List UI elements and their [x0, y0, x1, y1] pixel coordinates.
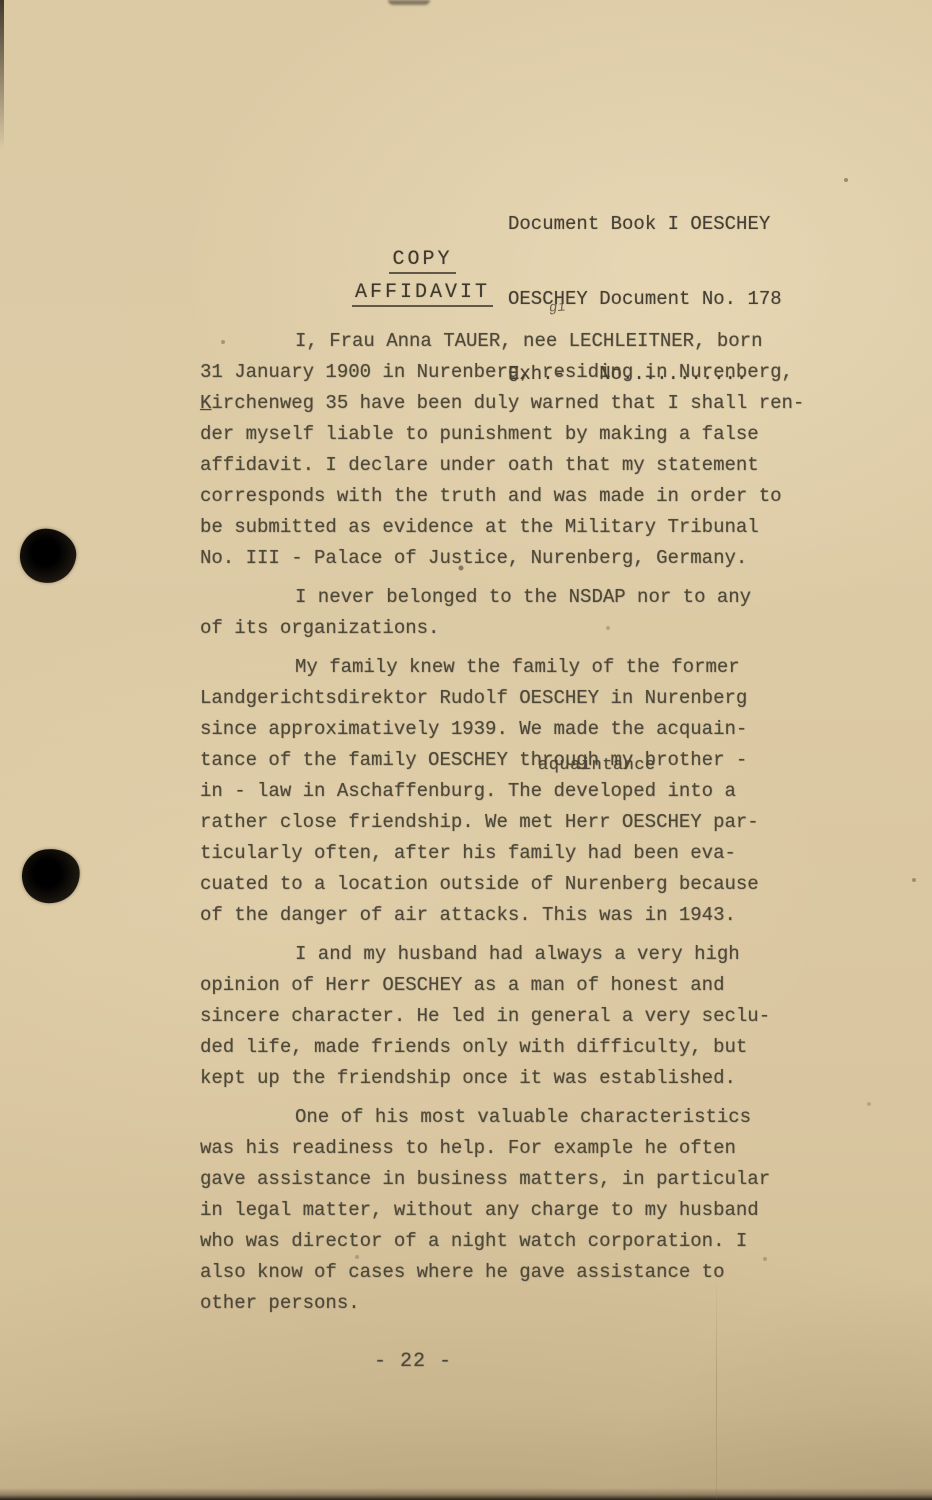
typed-line: since approximatively 1939. We made the …	[200, 714, 812, 745]
paragraph-readiness-to-help: One of his most valuable characteristics…	[200, 1102, 812, 1319]
paper-crease	[716, 1270, 717, 1500]
affidavit-scan-page: Document Book I OESCHEY OESCHEY Document…	[0, 0, 932, 1500]
typed-interline-correction: aquaintance	[538, 756, 656, 775]
typed-line: kept up the friendship once it was estab…	[200, 1063, 812, 1094]
page-subtitle: AFFIDAVIT	[352, 281, 493, 307]
typed-line: affidavit. I declare under oath that my …	[200, 450, 812, 481]
typed-line: opinion of Herr OESCHEY as a man of hone…	[200, 970, 812, 1001]
affidavit-body: I, Frau Anna TAUER, nee LECHLEITNER, bor…	[200, 326, 812, 1327]
typed-line: One of his most valuable characteristics	[200, 1102, 812, 1133]
paragraph-character-opinion: I and my husband had always a very high …	[200, 939, 812, 1094]
typed-line: in - law in Aschaffenburg. The developed…	[200, 776, 812, 807]
typed-line: corresponds with the truth and was made …	[200, 481, 812, 512]
typed-line: also know of cases where he gave assista…	[200, 1257, 812, 1288]
title-row: COPY	[200, 243, 645, 276]
typed-line: ded life, made friends only with difficu…	[200, 1032, 812, 1063]
typed-line: tance of the family OESCHEY through my b…	[200, 745, 812, 776]
typed-line: ticularly often, after his family had be…	[200, 838, 812, 869]
handwritten-annotation: gi	[548, 299, 566, 316]
paragraph-declaration: I, Frau Anna TAUER, nee LECHLEITNER, bor…	[200, 326, 812, 574]
typed-line: I, Frau Anna TAUER, nee LECHLEITNER, bor…	[200, 326, 812, 357]
typed-line: My family knew the family of the former	[200, 652, 812, 683]
scan-edge-left	[0, 0, 4, 150]
subtitle-row: AFFIDAVIT	[200, 276, 645, 309]
typed-line: Landgerichtsdirektor Rudolf OESCHEY in N…	[200, 683, 812, 714]
page-number: - 22 -	[374, 1350, 452, 1373]
typed-line: was his readiness to help. For example h…	[200, 1133, 812, 1164]
typed-line: other persons.	[200, 1288, 812, 1319]
typed-line: rather close friendship. We met Herr OES…	[200, 807, 812, 838]
typed-line: No. III - Palace of Justice, Nurenberg, …	[200, 543, 812, 574]
paragraph-family-acquaintance: My family knew the family of the former …	[200, 652, 812, 931]
scan-edge-bottom	[0, 1488, 932, 1500]
typed-line: gave assistance in business matters, in …	[200, 1164, 812, 1195]
paper-specks	[0, 0, 2, 2]
typed-line: I never belonged to the NSDAP nor to any	[200, 582, 812, 613]
typed-line: Kirchenweg 35 have been duly warned that…	[200, 388, 812, 419]
title-block: COPY AFFIDAVIT	[200, 243, 645, 309]
typed-line: of the danger of air attacks. This was i…	[200, 900, 812, 931]
typed-line: in legal matter, without any charge to m…	[200, 1195, 812, 1226]
typed-line: cuated to a location outside of Nurenber…	[200, 869, 812, 900]
typed-line: be submitted as evidence at the Military…	[200, 512, 812, 543]
punch-hole-bottom	[19, 846, 83, 907]
typed-line: 31 January 1900 in Nurenberg, residing i…	[200, 357, 812, 388]
scan-edge-top-mark	[388, 0, 430, 5]
typed-line: of its organizations.	[200, 613, 812, 644]
page-title: COPY	[389, 248, 455, 274]
typed-line: I and my husband had always a very high	[200, 939, 812, 970]
stamp-line-book: Document Book I OESCHEY	[508, 212, 782, 237]
punch-hole-top	[17, 525, 80, 586]
typed-line: who was director of a night watch corpor…	[200, 1226, 812, 1257]
paragraph-nsdap: I never belonged to the NSDAP nor to any…	[200, 582, 812, 644]
typed-line: der myself liable to punishment by makin…	[200, 419, 812, 450]
typed-line: sincere character. He led in general a v…	[200, 1001, 812, 1032]
